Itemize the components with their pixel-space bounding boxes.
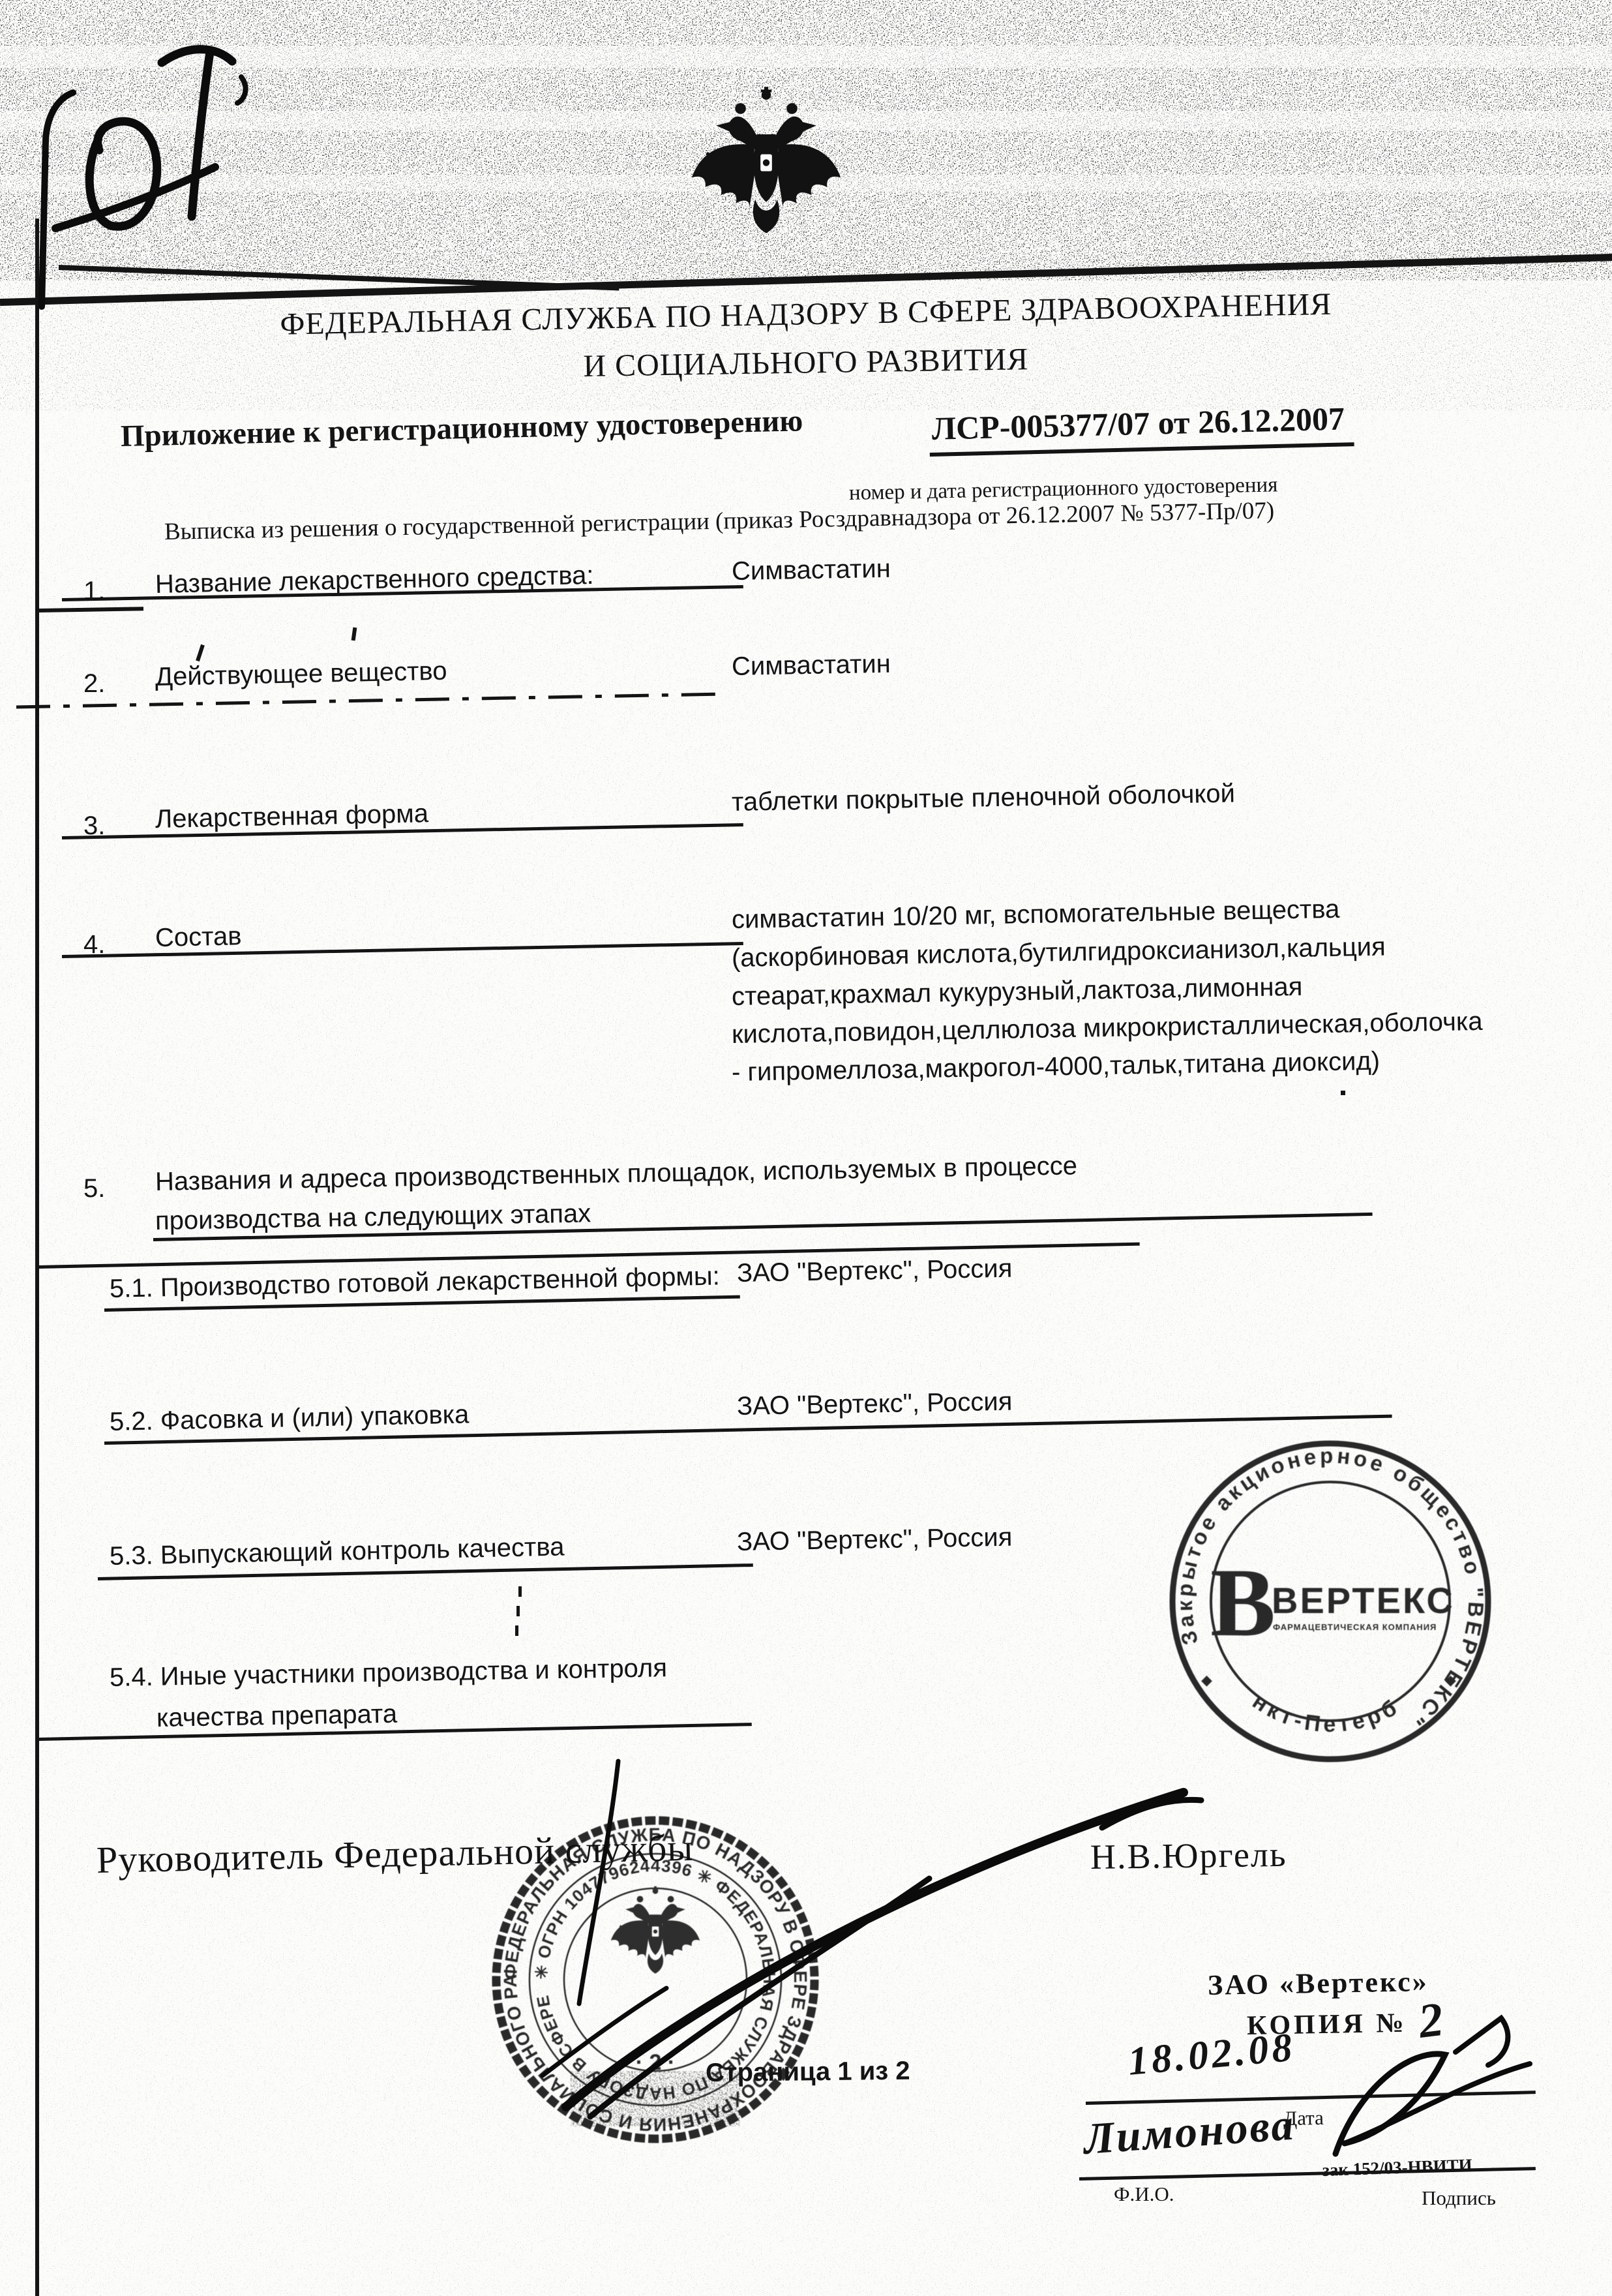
item-5-label-line1: Названия и адреса производственных площа… [155,1151,1078,1197]
copy-fio-handwritten: Лимонова [1082,2098,1296,2164]
copy-fio-caption: Ф.И.О. [1114,2183,1174,2206]
item-5-2-label: 5.2. Фасовка и (или) упаковка [110,1400,470,1437]
item-5-1-value: ЗАО "Вертекс", Россия [737,1254,1013,1288]
item-4-value-line5: - гипромеллоза,макрогол-4000,тальк,титан… [732,1047,1381,1087]
vertex-company-subtitle: ФАРМАЦЕВТИЧЕСКАЯ КОМПАНИЯ [1273,1622,1437,1632]
official-agency-stamp: ФЕДЕРАЛЬНАЯ СЛУЖБА ПО НАДЗОРУ В СФЕРЕ ЗД… [486,1810,825,2149]
item-4-value-line3: стеарат,крахмал кукурузный,лактоза,лимон… [732,973,1303,1012]
appendix-label: Приложение к регистрационному удостовере… [120,403,803,454]
copy-number-handwritten: 2 [1416,1992,1446,2050]
item-2-label: Действующее вещество [155,657,447,692]
scan-noise-top-band [0,0,1612,280]
item-2-dash-underline [0,685,783,724]
copy-signature-caption: Подпись [1422,2186,1496,2210]
item-1-number: 1. [83,577,105,606]
item-2-number: 2. [83,669,105,699]
vertex-company-name: ВЕРТЕКС [1272,1580,1455,1621]
copy-date-handwritten: 18.02.08 [1126,2025,1297,2085]
vertex-stamp-diamond-left: ◆ [1201,1672,1212,1688]
item-4-label: Состав [155,922,242,953]
copy-order-note: зак 152/03-НВИТИ [1322,2155,1472,2181]
certificate-number: ЛСР-005377/07 от 26.12.2007 [929,399,1354,457]
scan-edge-line [35,219,39,2296]
document-page: ФЕДЕРАЛЬНАЯ СЛУЖБА ПО НАДЗОРУ В СФЕРЕ ЗД… [0,0,1612,2296]
header-rule-second [59,265,619,291]
item-4-value-line1: симвастатин 10/20 мг, вспомогательные ве… [732,895,1340,935]
coat-of-arms-eagle [678,85,854,241]
vertex-stamp-diamond-right: ◆ [1445,1672,1456,1688]
item-4-value-line4: кислота,повидон,целлюлоза микрокристалли… [732,1007,1483,1050]
copy-date-line [1086,2091,1536,2105]
item-2-value: Симвастатин [732,650,891,682]
item-5-3-label: 5.3. Выпускающий контроль качества [110,1532,565,1571]
item-3-label: Лекарственная форма [155,799,429,834]
item-1-underline-tail [39,607,143,612]
extract-line: Выписка из решения о государственной рег… [164,496,1275,546]
vertex-company-stamp: Закрытое акционерное общество "ВЕРТЕКС" … [1161,1432,1500,1771]
page-indicator: Страница 1 из 2 [706,2057,910,2088]
item-1-value: Симвастатин [732,554,891,586]
vertex-logo-letter: В [1210,1548,1276,1657]
item-4-value-line2: (аскорбиновая кислота,бутилгидроксианизо… [732,933,1386,973]
item-5-4-label-line2: качества препарата [157,1700,398,1733]
item-5-4-label-line1: 5.4. Иные участники производства и контр… [110,1654,668,1693]
copy-company: ЗАО «Вертекс» [1208,1965,1429,2002]
item-5-2-value: ЗАО "Вертекс", Россия [737,1387,1013,1421]
item-5-3-value: ЗАО "Вертекс", Россия [737,1523,1013,1557]
item-5-number: 5. [83,1174,105,1203]
signer-name: Н.В.Юргель [1090,1834,1287,1877]
item-3-value: таблетки покрытые пленочной оболочкой [732,779,1236,817]
